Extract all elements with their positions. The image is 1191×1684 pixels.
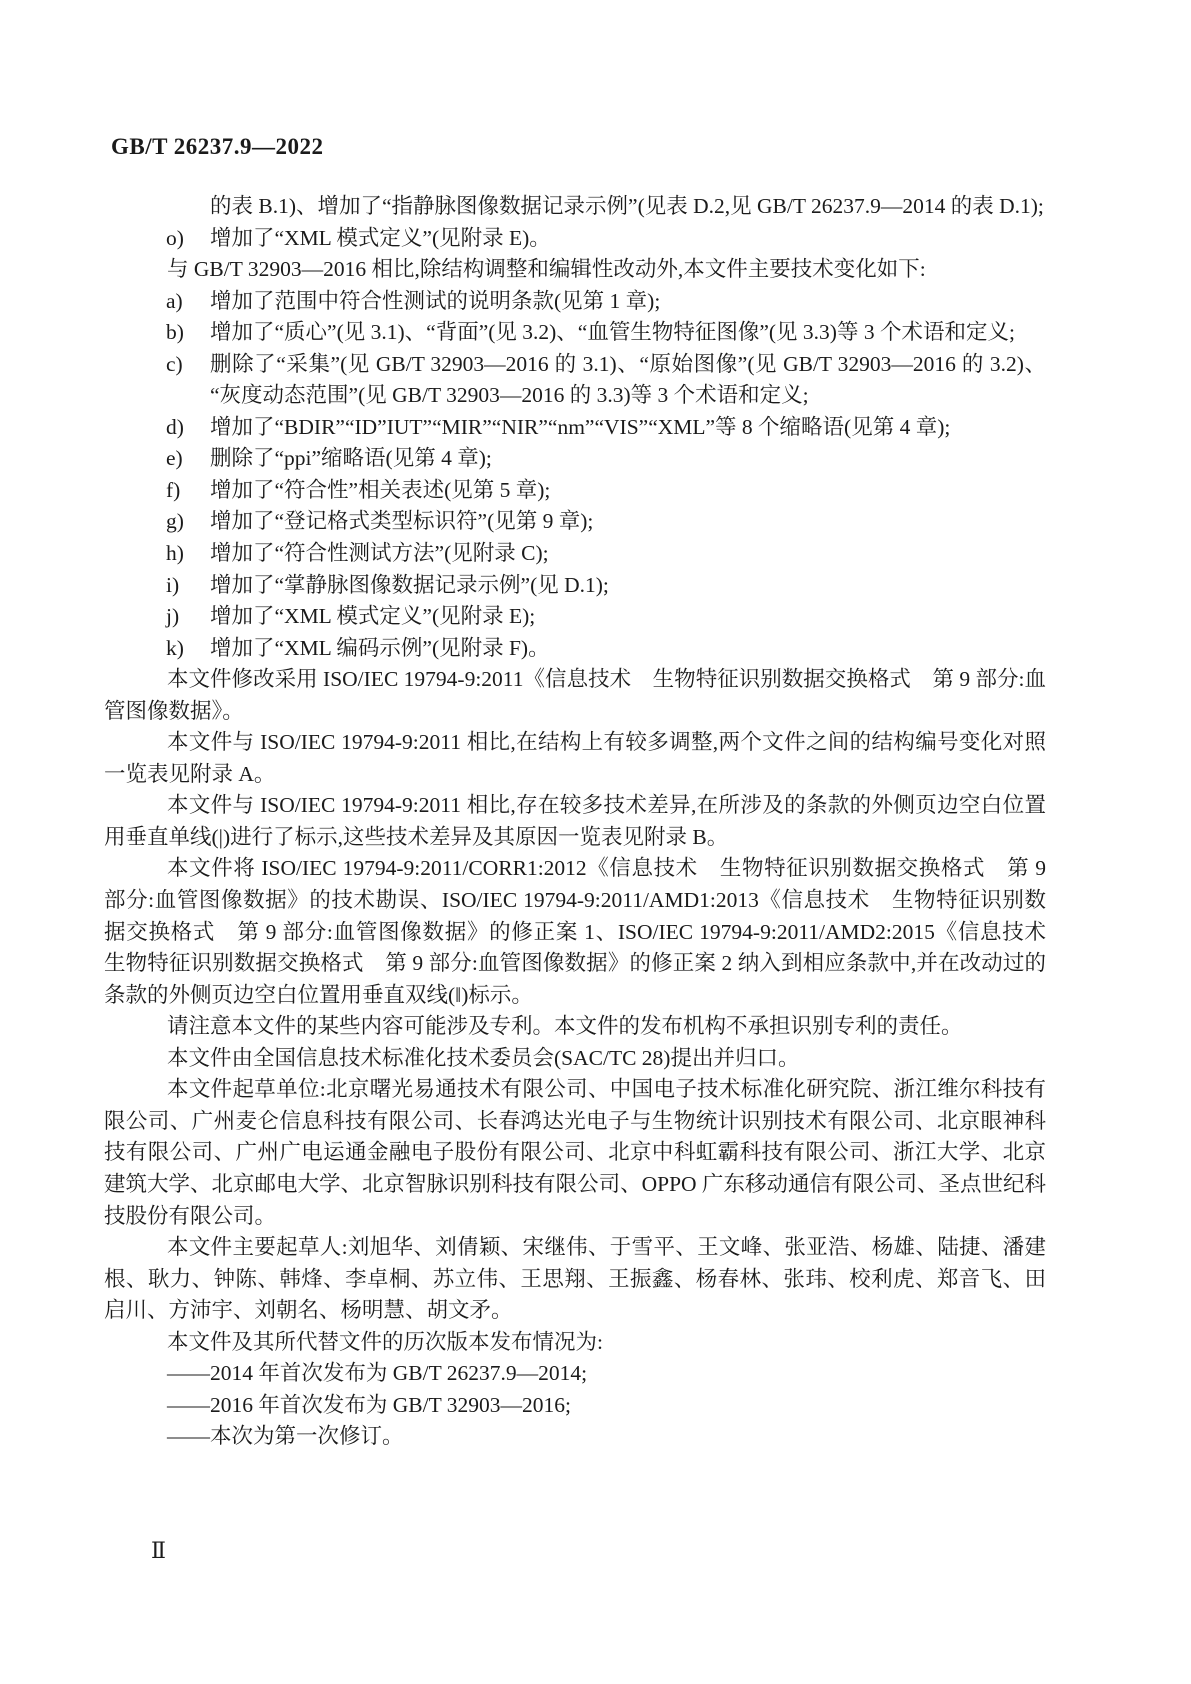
list-item-label: b)	[166, 317, 184, 349]
list-item-label: i)	[166, 570, 179, 602]
list-item-label: k)	[166, 633, 184, 665]
paragraph: 本文件起草单位:北京曙光易通技术有限公司、中国电子技术标准化研究院、浙江维尔科技…	[104, 1074, 1046, 1232]
list-item-text: 增加了范围中符合性测试的说明条款(见第 1 章);	[210, 289, 660, 313]
list-item-text: 增加了“掌静脉图像数据记录示例”(见 D.1);	[210, 573, 609, 597]
paragraph: 本文件与 ISO/IEC 19794-9:2011 相比,在结构上有较多调整,两…	[104, 727, 1046, 790]
paragraph: 本文件修改采用 ISO/IEC 19794-9:2011《信息技术 生物特征识别…	[104, 664, 1046, 727]
paragraph: 本文件由全国信息技术标准化技术委员会(SAC/TC 28)提出并归口。	[104, 1043, 1046, 1075]
list-item-label: f)	[166, 475, 180, 507]
list-item-label: a)	[166, 286, 183, 318]
foreword-content: 的表 B.1)、增加了“指静脉图像数据记录示例”(见表 D.2,见 GB/T 2…	[104, 191, 1046, 1453]
paragraph: 本文件将 ISO/IEC 19794-9:2011/CORR1:2012《信息技…	[104, 853, 1046, 1011]
list-item-text: 删除了“ppi”缩略语(见第 4 章);	[210, 446, 492, 470]
list-item: o)增加了“XML 模式定义”(见附录 E)。	[104, 223, 1046, 255]
list-item-label: o)	[166, 223, 184, 255]
continuation-text: 的表 B.1)、增加了“指静脉图像数据记录示例”(见表 D.2,见 GB/T 2…	[210, 191, 1046, 223]
list-item-text: 增加了“BDIR”“ID”IUT”“MIR”“NIR”“nm”“VIS”“XML…	[210, 415, 950, 439]
list-item-text: 增加了“XML 模式定义”(见附录 E)。	[210, 226, 551, 250]
page-number: Ⅱ	[151, 1538, 166, 1564]
list-item-label: g)	[166, 506, 184, 538]
list-item-label: h)	[166, 538, 184, 570]
list-item-label: c)	[166, 349, 183, 381]
paragraph: 请注意本文件的某些内容可能涉及专利。本文件的发布机构不承担识别专利的责任。	[104, 1011, 1046, 1043]
list-item-label: d)	[166, 412, 184, 444]
revision-history-item: ——2014 年首次发布为 GB/T 26237.9—2014;	[104, 1358, 1046, 1390]
list-item: h)增加了“符合性测试方法”(见附录 C);	[104, 538, 1046, 570]
paragraph: 本文件主要起草人:刘旭华、刘倩颖、宋继伟、于雪平、王文峰、张亚浩、杨雄、陆捷、潘…	[104, 1232, 1046, 1327]
list-item: d)增加了“BDIR”“ID”IUT”“MIR”“NIR”“nm”“VIS”“X…	[104, 412, 1046, 444]
revision-history-item: ——2016 年首次发布为 GB/T 32903—2016;	[104, 1390, 1046, 1422]
list-item-text: 删除了“采集”(见 GB/T 32903—2016 的 3.1)、“原始图像”(…	[210, 352, 1046, 408]
revision-history-item: ——本次为第一次修订。	[104, 1421, 1046, 1453]
list-item: b)增加了“质心”(见 3.1)、“背面”(见 3.2)、“血管生物特征图像”(…	[104, 317, 1046, 349]
list-item: c)删除了“采集”(见 GB/T 32903—2016 的 3.1)、“原始图像…	[104, 349, 1046, 412]
list-item-text: 增加了“登记格式类型标识符”(见第 9 章);	[210, 509, 593, 533]
document-page: GB/T 26237.9—2022 的表 B.1)、增加了“指静脉图像数据记录示…	[0, 0, 1191, 1684]
paragraph: 本文件与 ISO/IEC 19794-9:2011 相比,存在较多技术差异,在所…	[104, 790, 1046, 853]
list-item-text: 增加了“XML 模式定义”(见附录 E);	[210, 604, 535, 628]
list-item-text: 增加了“符合性测试方法”(见附录 C);	[210, 541, 549, 565]
list-item: i)增加了“掌静脉图像数据记录示例”(见 D.1);	[104, 570, 1046, 602]
list-item: f)增加了“符合性”相关表述(见第 5 章);	[104, 475, 1046, 507]
list-item: e)删除了“ppi”缩略语(见第 4 章);	[104, 443, 1046, 475]
list-item-label: j)	[166, 601, 179, 633]
list-item: g)增加了“登记格式类型标识符”(见第 9 章);	[104, 506, 1046, 538]
list-item-label: e)	[166, 443, 183, 475]
paragraph: 与 GB/T 32903—2016 相比,除结构调整和编辑性改动外,本文件主要技…	[104, 254, 1046, 286]
list-item: k)增加了“XML 编码示例”(见附录 F)。	[104, 633, 1046, 665]
standard-number: GB/T 26237.9—2022	[111, 134, 324, 160]
list-item: j)增加了“XML 模式定义”(见附录 E);	[104, 601, 1046, 633]
paragraph: 本文件及其所代替文件的历次版本发布情况为:	[104, 1327, 1046, 1359]
list-item: a)增加了范围中符合性测试的说明条款(见第 1 章);	[104, 286, 1046, 318]
list-item-text: 增加了“XML 编码示例”(见附录 F)。	[210, 636, 550, 660]
list-item-text: 增加了“符合性”相关表述(见第 5 章);	[210, 478, 550, 502]
list-item-text: 增加了“质心”(见 3.1)、“背面”(见 3.2)、“血管生物特征图像”(见 …	[210, 320, 1015, 344]
